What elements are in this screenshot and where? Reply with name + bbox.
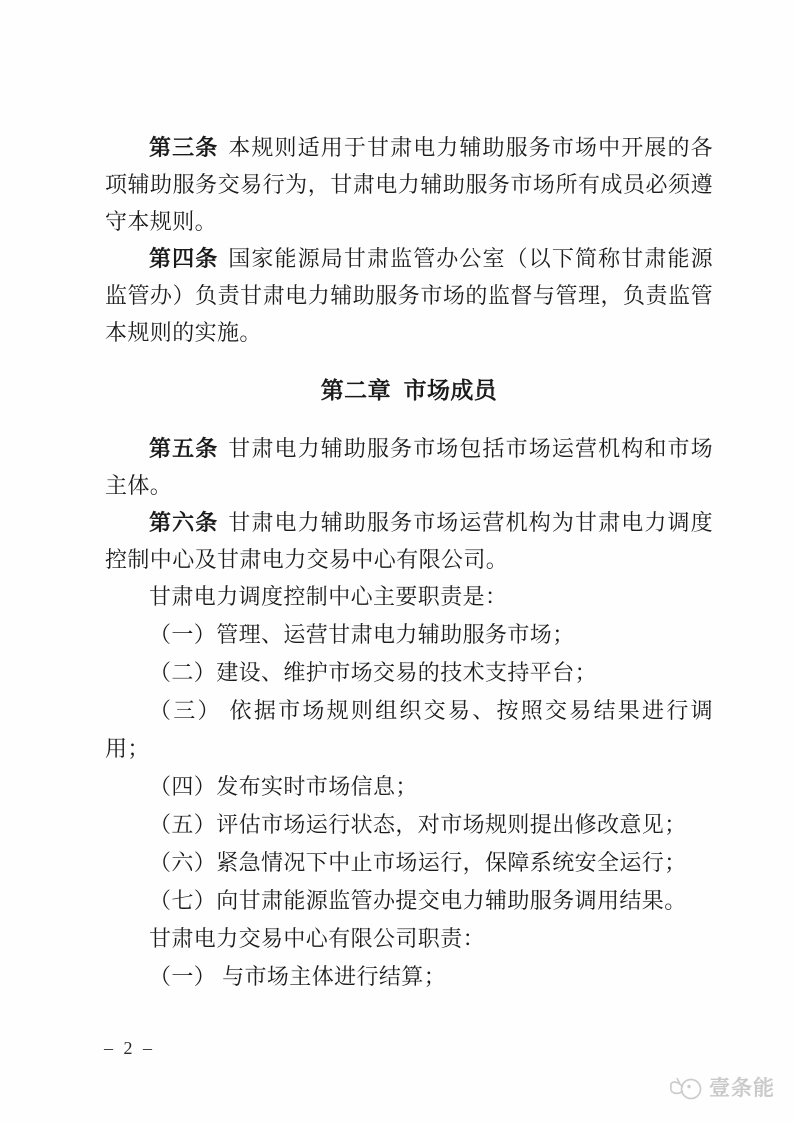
article-4-label: 第四条 [149, 246, 218, 271]
dispatch-center-duties: 甘肃电力调度控制中心主要职责是： （一）管理、运营甘肃电力辅助服务市场； （二）… [105, 578, 713, 920]
brand-watermark: 壹条能 [668, 1072, 775, 1102]
dispatch-duty-item-3: （三） 依据市场规则组织交易、按照交易结果进行调用； [105, 692, 713, 768]
dispatch-duty-item-4: （四）发布实时市场信息； [105, 768, 713, 806]
article-5: 第五条甘肃电力辅助服务市场包括市场运营机构和市场主体。 [105, 430, 713, 504]
article-6: 第六条甘肃电力辅助服务市场运营机构为甘肃电力调度控制中心及甘肃电力交易中心有限公… [105, 504, 713, 578]
chapter-2-title: 市场成员 [404, 377, 498, 403]
article-6-label: 第六条 [149, 510, 218, 535]
fish-logo-icon [668, 1074, 704, 1101]
page-number: – 2 – [104, 1038, 155, 1059]
article-3-label: 第三条 [149, 135, 218, 160]
trading-duty-item-1: （一） 与市场主体进行结算； [105, 958, 713, 996]
dispatch-duty-item-5: （五）评估市场运行状态，对市场规则提出修改意见； [105, 806, 713, 844]
dispatch-duty-item-7: （七）向甘肃能源监管办提交电力辅助服务调用结果。 [105, 882, 713, 920]
chapter-2-heading: 第二章市场成员 [105, 372, 713, 409]
dispatch-duty-item-6: （六）紧急情况下中止市场运行，保障系统安全运行； [105, 844, 713, 882]
article-5-label: 第五条 [149, 436, 218, 461]
article-4: 第四条国家能源局甘肃监管办公室（以下简称甘肃能源监管办）负责甘肃电力辅助服务市场… [105, 240, 713, 351]
trading-duties-intro: 甘肃电力交易中心有限公司职责： [105, 920, 713, 958]
dispatch-duties-intro: 甘肃电力调度控制中心主要职责是： [105, 578, 713, 616]
document-body: 第三条本规则适用于甘肃电力辅助服务市场中开展的各项辅助服务交易行为，甘肃电力辅助… [105, 129, 713, 996]
dispatch-duty-item-1: （一）管理、运营甘肃电力辅助服务市场； [105, 616, 713, 654]
document-page: 第三条本规则适用于甘肃电力辅助服务市场中开展的各项辅助服务交易行为，甘肃电力辅助… [0, 0, 794, 1123]
chapter-2-label: 第二章 [321, 377, 391, 403]
dispatch-duty-item-2: （二）建设、维护市场交易的技术支持平台； [105, 654, 713, 692]
trading-center-duties: 甘肃电力交易中心有限公司职责： （一） 与市场主体进行结算； [105, 920, 713, 996]
article-3: 第三条本规则适用于甘肃电力辅助服务市场中开展的各项辅助服务交易行为，甘肃电力辅助… [105, 129, 713, 240]
brand-name: 壹条能 [709, 1072, 775, 1102]
